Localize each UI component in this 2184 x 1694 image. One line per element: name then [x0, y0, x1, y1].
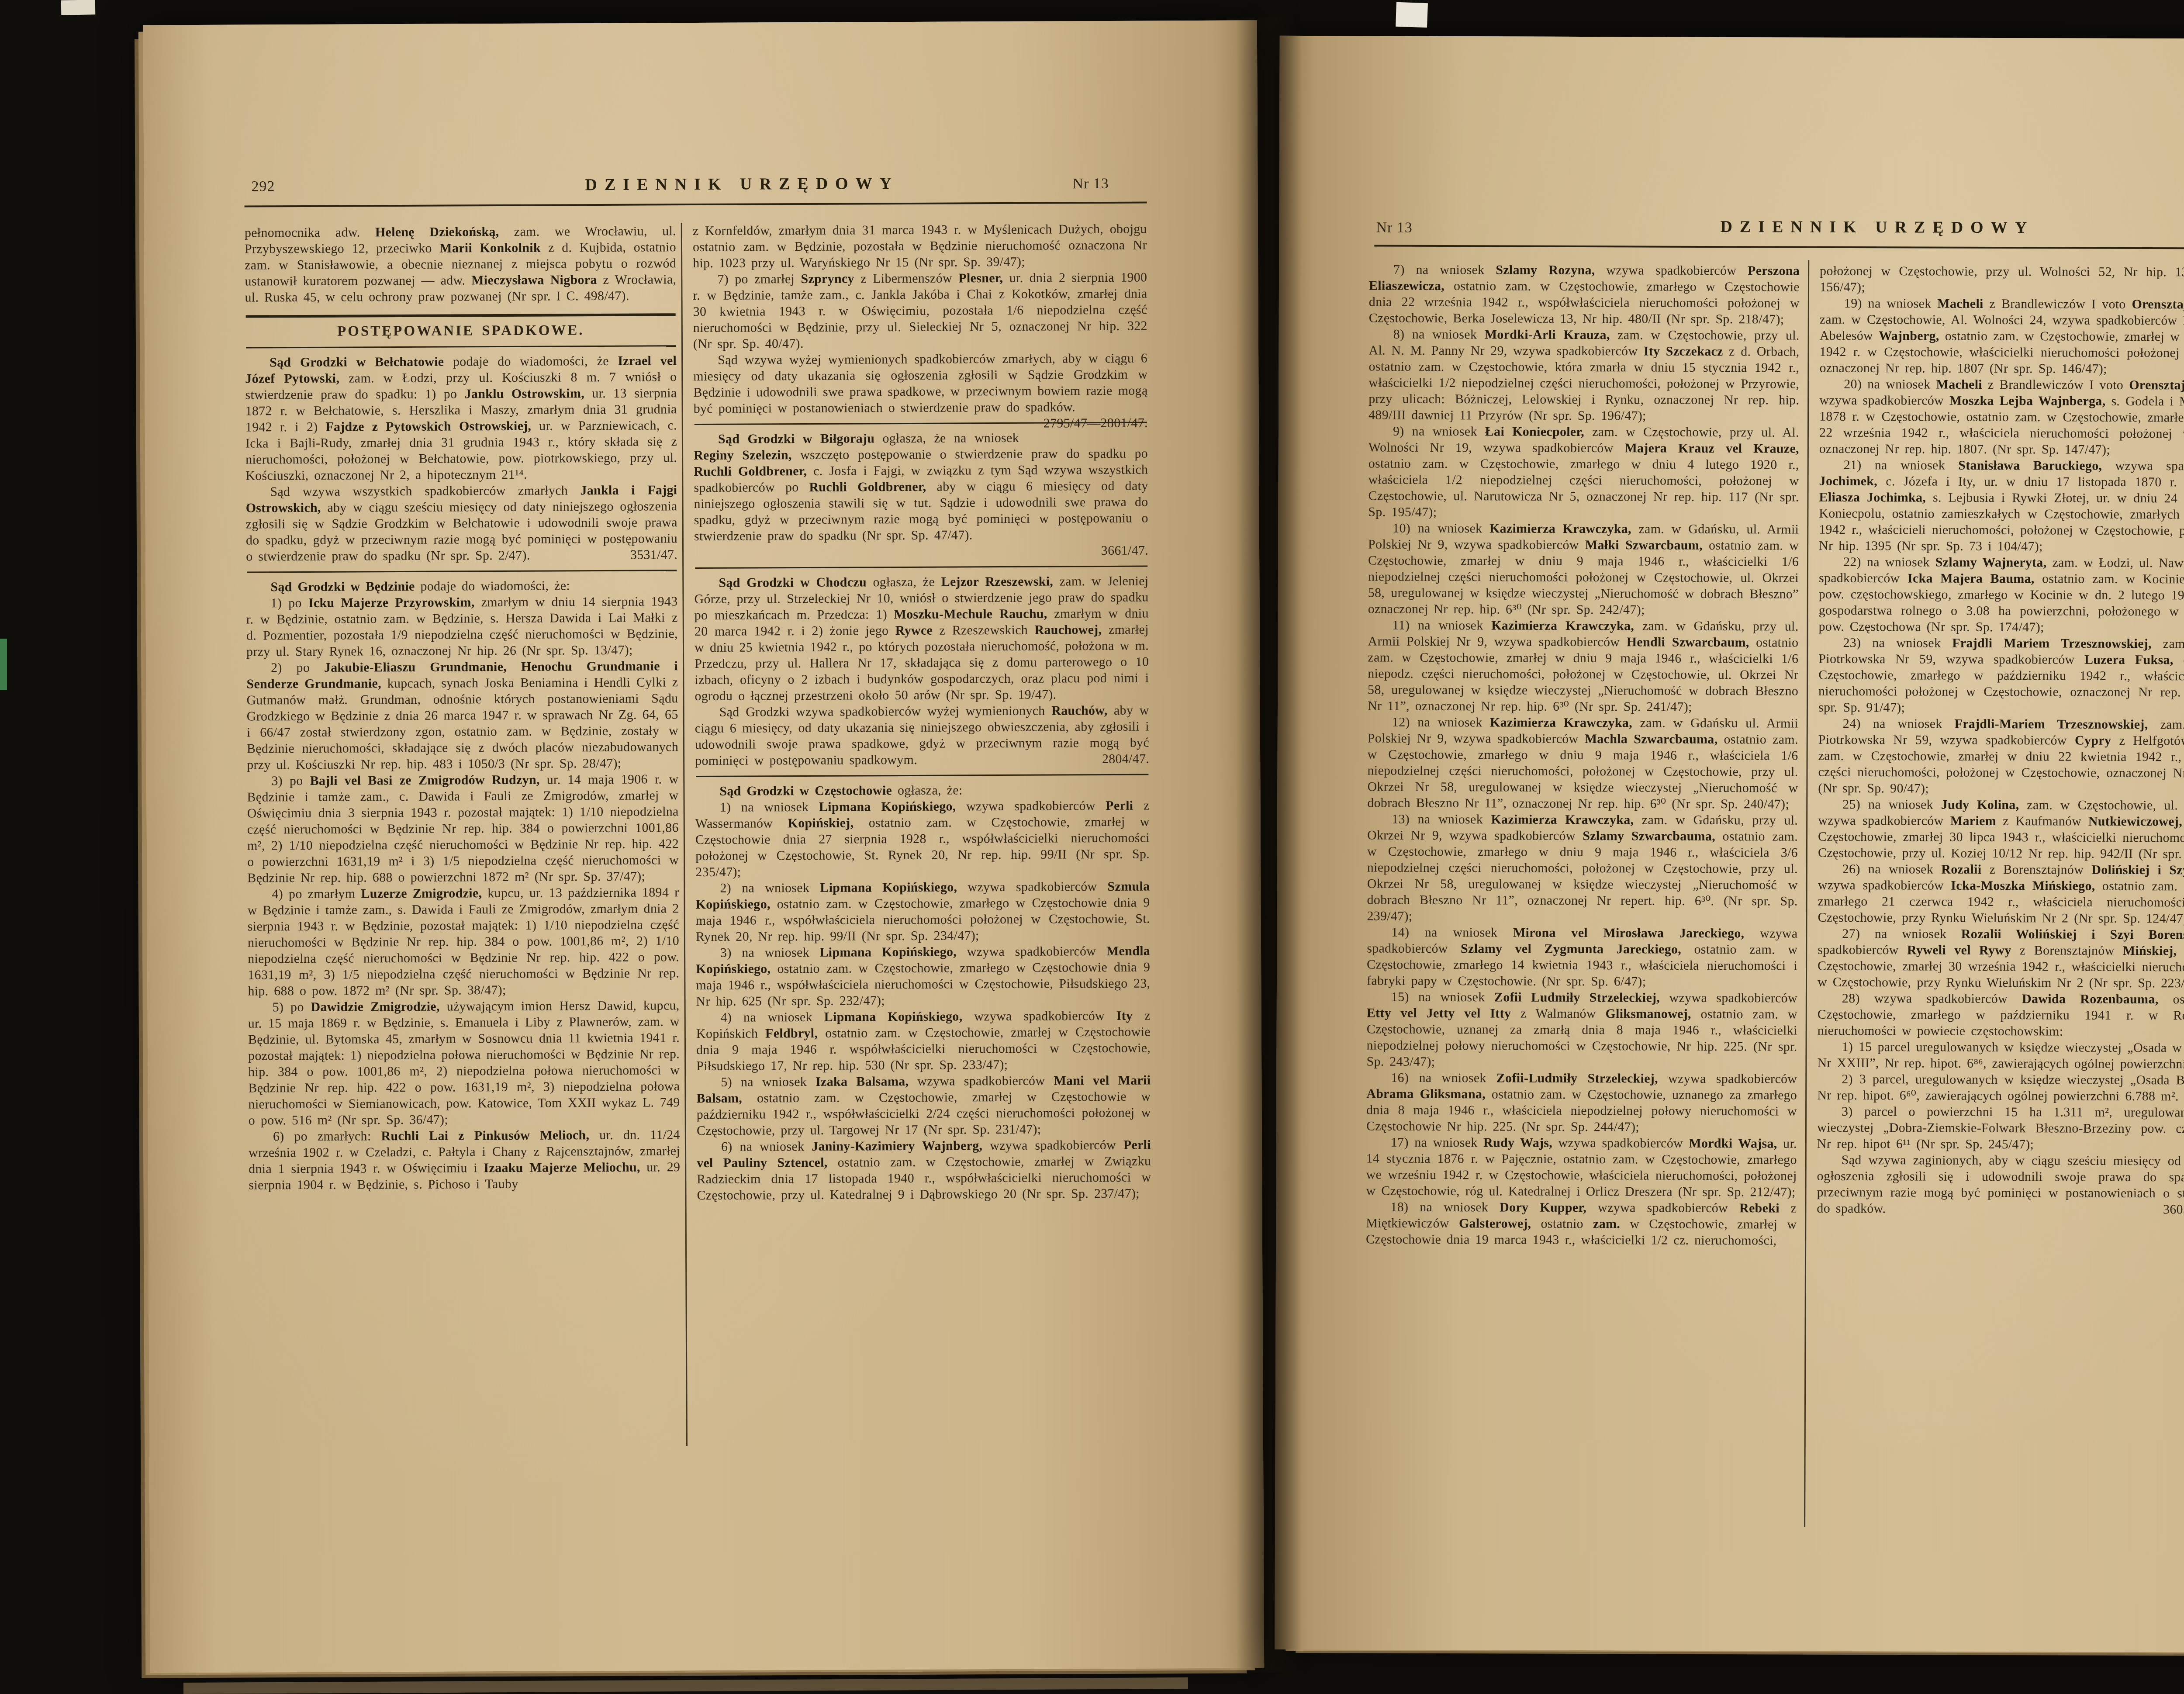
announcement-paragraph: 28) wzywa spadkobierców Dawida Rozenbaum…: [1818, 990, 2184, 1040]
announcement-paragraph: 5) po Dawidzie Zmigrodzie, używającym im…: [248, 997, 680, 1128]
announcement-paragraph: z Kornfeldów, zmarłym dnia 31 marca 1943…: [693, 221, 1147, 272]
announcement-paragraph: 1) 15 parcel uregulowanych w księdze wie…: [1817, 1039, 2184, 1072]
separator-rule: [247, 570, 677, 573]
announcement-paragraph: 20) na wniosek Macheli z Brandlewiczów I…: [1819, 376, 2184, 458]
paper-tab: [1396, 2, 1428, 28]
announcement-paragraph: Sąd Grodzki w Biłgoraju ogłasza, że na w…: [694, 429, 1148, 545]
announcement-paragraph: 4) po zmarłym Luzerze Zmigrodzie, kupcu,…: [247, 884, 679, 999]
announcement-paragraph: 14) na wniosek Mirona vel Mirosława Jare…: [1367, 924, 1797, 990]
announcement-paragraph: 3) po Bajli vel Basi ze Zmigrodów Rudzyn…: [247, 771, 679, 886]
separator-rule: [696, 774, 1148, 778]
announcement-paragraph: 1) na wniosek Lipmana Kopińskiego, wzywa…: [695, 798, 1150, 881]
page-right: Nr 13 DZIENNIK URZĘDOWY 293 7) na wniose…: [1275, 36, 2184, 1653]
announcement-paragraph: Sąd wzywa wszystkich spadkobierców zmarł…: [245, 482, 677, 564]
page-left: 292 DZIENNIK URZĘDOWY Nr 13 pełnomocnika…: [143, 20, 1264, 1673]
header-rule: [1374, 245, 2184, 250]
journal-title: DZIENNIK URZĘDOWY: [1720, 217, 2034, 237]
announcement-paragraph: 19) na wniosek Macheli z Brandlewiczów I…: [1819, 295, 2184, 377]
announcement-paragraph: 21) na wniosek Stanisława Baruckiego, wz…: [1819, 457, 2184, 555]
issue-number: Nr 13: [1376, 220, 1413, 236]
left-page-column-1: pełnomocnika adw. Helenę Dziekońską, zam…: [245, 223, 682, 1483]
section-heading: POSTĘPOWANIE SPADKOWE.: [245, 322, 677, 340]
case-number: 2804/47.: [1078, 751, 1149, 767]
announcement-paragraph: 27) na wniosek Rozalii Wolińskiej i Szyi…: [1818, 926, 2184, 992]
announcement-paragraph: 25) na wniosek Judy Kolina, zam. w Częst…: [1818, 796, 2184, 862]
announcement-paragraph: 17) na wniosek Rudy Wajs, wzywa spadkobi…: [1366, 1134, 1797, 1200]
announcement-paragraph: 10) na wniosek Kazimierza Krawczyka, zam…: [1368, 520, 1799, 619]
announcement-paragraph: 24) na wniosek Frajdli-Mariem Trzesznows…: [1818, 716, 2184, 798]
page-stack-edge: [183, 1677, 1188, 1694]
announcement-paragraph: 3) na wniosek Lipmana Kopińskiego, wzywa…: [696, 943, 1151, 1010]
header-rule: [245, 202, 1147, 207]
separator-rule: [246, 313, 676, 318]
journal-title: DZIENNIK URZĘDOWY: [585, 174, 899, 194]
separator-rule: [246, 345, 676, 348]
announcement-paragraph: 22) na wniosek Szlamy Wajneryta, zam. w …: [1819, 554, 2184, 636]
left-page-column-2: z Kornfeldów, zmarłym dnia 31 marca 1943…: [693, 221, 1153, 1507]
column-divider: [681, 223, 688, 1446]
column-divider: [1804, 260, 1809, 1527]
right-page-column-2: położonej w Częstochowie, przy ul. Wolno…: [1816, 263, 2184, 1557]
announcement-paragraph: 15) na wniosek Zofii Ludmiły Strzeleckie…: [1366, 989, 1797, 1071]
scan-background: 292 DZIENNIK URZĘDOWY Nr 13 pełnomocnika…: [0, 0, 2184, 1694]
announcement-paragraph: 12) na wniosek Kazimierza Krawczyka, zam…: [1367, 714, 1798, 812]
case-number: 2795/47—2801/47.: [1019, 415, 1148, 432]
announcement-paragraph: Sąd Grodzki w Chodczu ogłasza, że Lejzor…: [694, 573, 1149, 705]
announcement-paragraph: pełnomocnika adw. Helenę Dziekońską, zam…: [245, 223, 677, 305]
green-edge-mark: [0, 639, 7, 690]
announcement-paragraph: Sąd Grodzki w Bełchatowie podaje do wiad…: [245, 353, 677, 484]
announcement-paragraph: Sąd Grodzki w Będzinie podaje do wiadomo…: [246, 577, 677, 595]
announcement-paragraph: 9) na wniosek Łai Koniecpoler, zam. w Cz…: [1368, 423, 1799, 522]
announcement-paragraph: położonej w Częstochowie, przy ul. Wolno…: [1820, 263, 2184, 297]
announcement-paragraph: 2) 3 parcel, uregulowanych w księdze wie…: [1817, 1071, 2184, 1105]
right-page-column-1: 7) na wniosek Szlamy Rozyna, wzywa spadk…: [1365, 262, 1800, 1556]
announcement-paragraph: 6) na wniosek Janiny-Kazimiery Wajnberg,…: [697, 1137, 1151, 1204]
announcement-paragraph: 11) na wniosek Kazimierza Krawczyka, zam…: [1368, 617, 1799, 715]
announcement-paragraph: 2) na wniosek Lipmana Kopińskiego, wzywa…: [695, 878, 1150, 945]
case-number: 3531/47.: [606, 546, 677, 563]
announcement-paragraph: 16) na wniosek Zofii-Ludmiły Strzeleckie…: [1366, 1069, 1797, 1135]
announcement-paragraph: Sąd wzywa zaginionych, aby w ciągu sześc…: [1817, 1152, 2184, 1218]
announcement-paragraph: 26) na wniosek Rozalii z Borensztajnów D…: [1818, 861, 2184, 927]
announcement-paragraph: 8) na wniosek Mordki-Arli Krauza, zam. w…: [1368, 326, 1800, 425]
page-number: 292: [251, 178, 275, 195]
announcement-paragraph: 18) na wniosek Dory Kupper, wzywa spadko…: [1366, 1199, 1797, 1248]
announcement-paragraph: 23) na wniosek Frajdli Mariem Trzesznows…: [1818, 635, 2184, 717]
issue-number: Nr 13: [1072, 176, 1109, 192]
announcement-paragraph: 2) po Jakubie-Eliaszu Grundmanie, Henoch…: [246, 658, 678, 773]
announcement-paragraph: 5) na wniosek Izaka Balsama, wzywa spadk…: [696, 1072, 1151, 1139]
announcement-paragraph: 7) po zmarłej Szpryncy z Libermenszów Pl…: [693, 270, 1147, 353]
separator-rule: [695, 566, 1147, 569]
announcement-paragraph: Sąd Grodzki wzywa spadkobierców wyżej wy…: [695, 702, 1150, 769]
case-number-line: 3661/47.: [694, 543, 1148, 561]
announcement-paragraph: 7) na wniosek Szlamy Rozyna, wzywa spadk…: [1369, 262, 1800, 328]
announcement-paragraph: 13) na wniosek Kazimierza Krawczyka, zam…: [1367, 811, 1798, 925]
case-number: 3605/47 — 3632/47;: [2139, 1201, 2184, 1218]
paper-scrap: [61, 0, 96, 15]
announcement-paragraph: 6) po zmarłych: Ruchli Lai z Pinkusów Me…: [249, 1127, 681, 1193]
announcement-paragraph: Sąd wzywa wyżej wymienionych spadkobierc…: [693, 350, 1148, 417]
announcement-paragraph: 4) na wniosek Lipmana Kopińskiego, wzywa…: [696, 1008, 1151, 1075]
announcement-paragraph: Sąd Grodzki w Częstochowie ogłasza, że:: [695, 781, 1149, 800]
announcement-paragraph: 3) parcel o powierzchni 15 ha 1.311 m², …: [1817, 1103, 2184, 1153]
announcement-paragraph: 1) po Icku Majerze Przyrowskim, zmarłym …: [246, 593, 678, 660]
